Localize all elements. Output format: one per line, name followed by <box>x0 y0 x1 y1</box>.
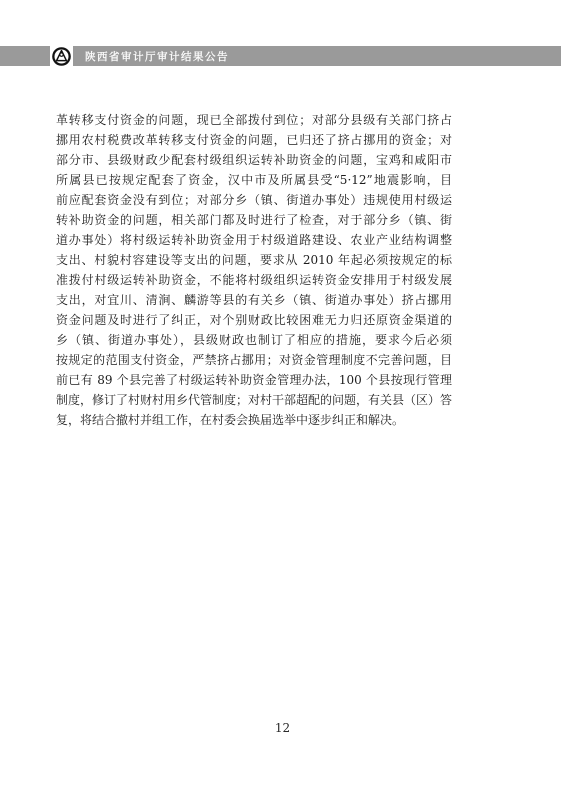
text-line: 乡（镇、街道办事处），县级财政也制订了相应的措施，要求今后必须 <box>56 330 452 350</box>
text-line: 挪用农村税费改革转移支付资金的问题，已归还了挤占挪用的资金；对 <box>56 130 452 150</box>
text-line: 转补助资金的问题，相关部门都及时进行了检查，对于部分乡（镇、街 <box>56 210 452 230</box>
text-line: 按规定的范围支付资金，严禁挤占挪用；对资金管理制度不完善问题，目 <box>56 350 452 370</box>
text-line: 所属县已按规定配套了资金，汉中市及所属县受“5·12”地震影响，目 <box>56 170 452 190</box>
text-line: 制度，修订了村财村用乡代管制度；对村干部超配的问题，有关县（区）答 <box>56 390 452 410</box>
document-page: 陕西省审计厅审计结果公告 革转移支付资金的问题，现已全部拨付到位；对部分县级有关… <box>0 0 565 800</box>
page-number: 12 <box>0 721 565 735</box>
header-band: 陕西省审计厅审计结果公告 <box>0 46 565 66</box>
text-line: 道办事处）将村级运转补助资金用于村级道路建设、农业产业结构调整 <box>56 230 452 250</box>
body-text-block: 革转移支付资金的问题，现已全部拨付到位；对部分县级有关部门挤占 挪用农村税费改革… <box>56 110 452 430</box>
audit-emblem-icon <box>52 47 71 66</box>
text-line: 准拨付村级运转补助资金，不能将村级组织运转资金安排用于村级发展 <box>56 270 452 290</box>
header-left-strip <box>0 46 50 66</box>
text-line: 资金问题及时进行了纠正，对个别财政比较困难无力归还原资金渠道的 <box>56 310 452 330</box>
text-line: 复，将结合撤村并组工作，在村委会换届选举中逐步纠正和解决。 <box>56 410 452 430</box>
text-line: 前应配套资金没有到位；对部分乡（镇、街道办事处）违规使用村级运 <box>56 190 452 210</box>
text-line: 支出，对宜川、清涧、麟游等县的有关乡（镇、街道办事处）挤占挪用 <box>56 290 452 310</box>
text-line: 革转移支付资金的问题，现已全部拨付到位；对部分县级有关部门挤占 <box>56 110 452 130</box>
text-line: 支出、村貌村容建设等支出的问题，要求从 2010 年起必须按规定的标 <box>56 250 452 270</box>
header-title: 陕西省审计厅审计结果公告 <box>85 49 229 64</box>
text-line: 部分市、县级财政少配套村级组织运转补助资金的问题，宝鸡和咸阳市 <box>56 150 452 170</box>
text-line: 前已有 89 个县完善了村级运转补助资金管理办法，100 个县按现行管理 <box>56 370 452 390</box>
header-title-bar: 陕西省审计厅审计结果公告 <box>73 46 561 66</box>
